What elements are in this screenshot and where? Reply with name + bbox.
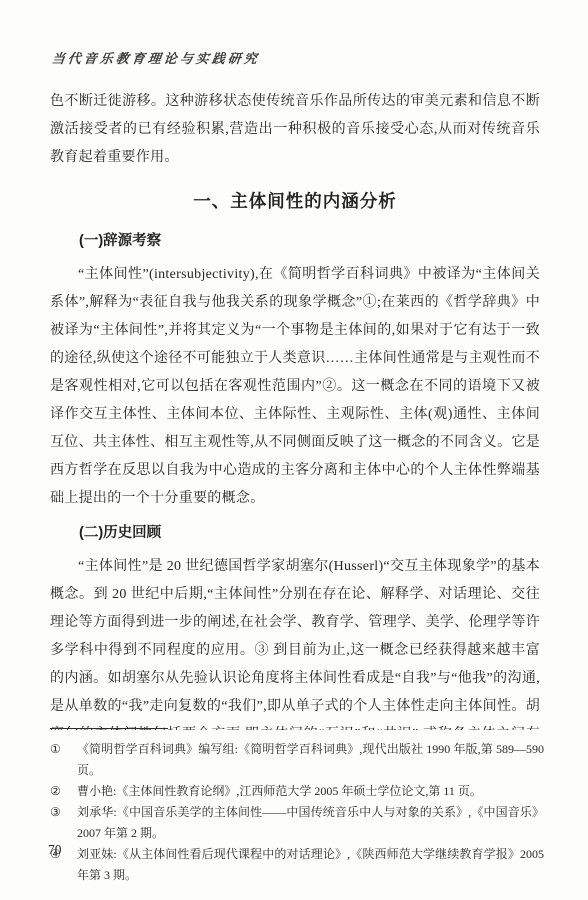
footnote-text: 《简明哲学百科词典》编写组:《简明哲学百科词典》,现代出版社 1990 年版,第…: [77, 739, 544, 781]
footnote-3: ③ 刘承华:《中国音乐美学的主体间性——中国传统音乐中人与对象的关系》,《中国音…: [50, 802, 544, 844]
page-body: 色不断迁徙游移。这种游移状态使传统音乐作品所传达的审美元素和信息不断激活接受者的…: [50, 88, 540, 730]
footnotes-block: ① 《简明哲学百科词典》编写组:《简明哲学百科词典》,现代出版社 1990 年版…: [50, 728, 544, 886]
subsection-heading-history: (二)历史回顾: [50, 519, 540, 547]
footnote-divider: [50, 728, 168, 729]
subsection-heading-etymology: (一)辞源考察: [50, 227, 540, 255]
footnote-text: 刘亚妹:《从主体间性看后现代课程中的对话理论》,《陕西师范大学继续教育学报》20…: [77, 844, 544, 886]
footnote-text: 刘承华:《中国音乐美学的主体间性——中国传统音乐中人与对象的关系》,《中国音乐》…: [77, 802, 544, 844]
footnote-marker: ①: [50, 739, 77, 781]
page-number: 70: [48, 842, 62, 858]
etymology-paragraph: “主体间性”(intersubjectivity),在《简明哲学百科词典》中被译…: [50, 261, 540, 513]
running-header: 当代音乐教育理论与实践研究: [51, 48, 261, 67]
section-heading: 一、主体间性的内涵分析: [50, 188, 540, 213]
footnote-4: ④ 刘亚妹:《从主体间性看后现代课程中的对话理论》,《陕西师范大学继续教育学报》…: [50, 844, 544, 886]
intro-paragraph: 色不断迁徙游移。这种游移状态使传统音乐作品所传达的审美元素和信息不断激活接受者的…: [50, 88, 540, 172]
book-page: 当代音乐教育理论与实践研究 色不断迁徙游移。这种游移状态使传统音乐作品所传达的审…: [0, 0, 588, 900]
footnote-marker: ②: [50, 781, 77, 802]
footnote-1: ① 《简明哲学百科词典》编写组:《简明哲学百科词典》,现代出版社 1990 年版…: [50, 739, 544, 781]
footnote-text: 曹小艳:《主体间性教育论纲》,江西师范大学 2005 年硕士学位论文,第 11 …: [77, 781, 544, 802]
footnote-marker: ③: [50, 802, 77, 844]
footnote-2: ② 曹小艳:《主体间性教育论纲》,江西师范大学 2005 年硕士学位论文,第 1…: [50, 781, 544, 802]
history-paragraph: “主体间性”是 20 世纪德国哲学家胡塞尔(Husserl)“交互主体现象学”的…: [50, 553, 540, 730]
